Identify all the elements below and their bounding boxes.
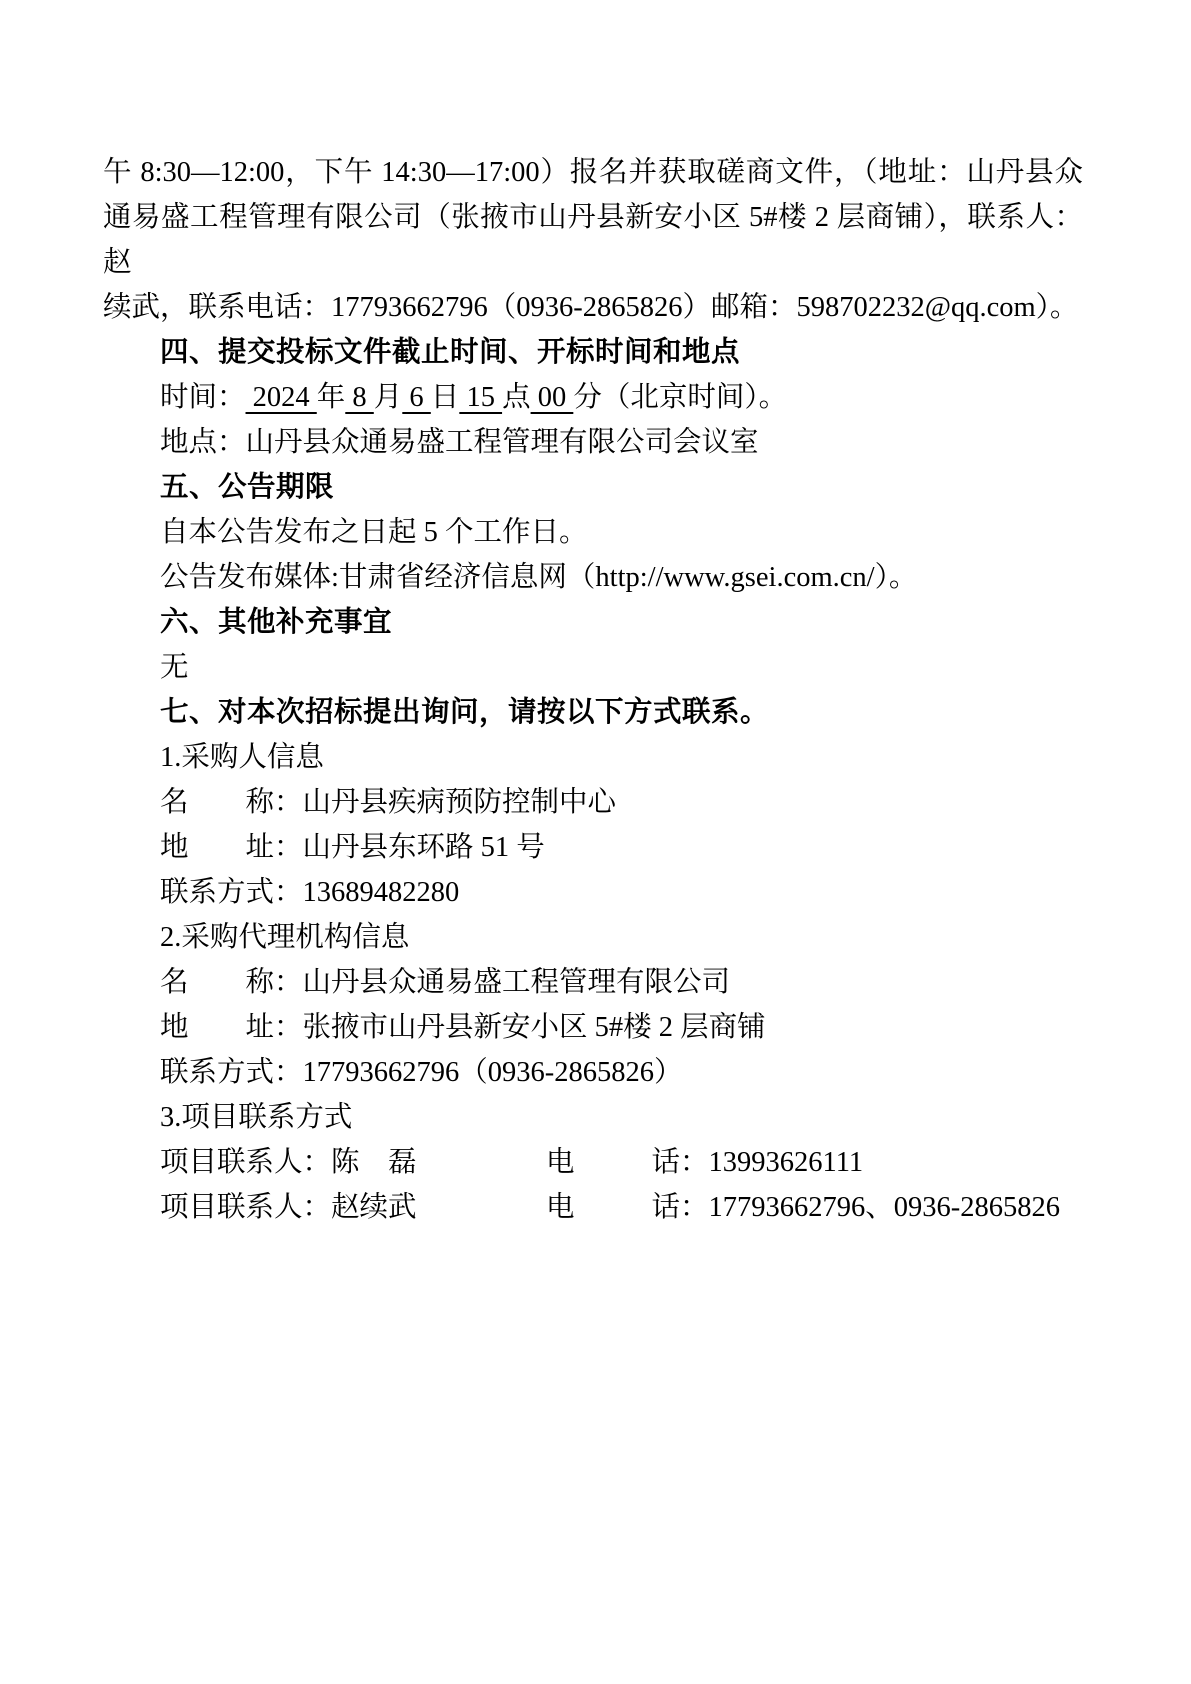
project-contact-2-phone-char2: 话： bbox=[652, 1192, 709, 1223]
project-contact-1-phone-char1: 电 bbox=[546, 1147, 575, 1178]
document-page: 午 8:30—12:00，下午 14:30—17:00）报名并获取磋商文件，（地… bbox=[0, 0, 1191, 1684]
project-contact-2-phone-value: 17793662796、0936-2865826 bbox=[709, 1192, 1061, 1223]
project-contact-title: 3.项目联系方式 bbox=[103, 1095, 1083, 1140]
bid-location-line: 地点：山丹县众通易盛工程管理有限公司会议室 bbox=[103, 420, 1083, 465]
minute-value: 00 bbox=[531, 382, 574, 413]
time-label: 时间： bbox=[160, 382, 246, 413]
purchaser-name-value: 山丹县疾病预防控制中心 bbox=[303, 787, 617, 818]
bid-deadline-time-line: 时间： 2024 年 8 月 6 日 15 点 00 分（北京时间）。 bbox=[103, 375, 1083, 420]
purchaser-name-label: 名 称： bbox=[160, 787, 303, 818]
purchaser-address-label: 地 址： bbox=[160, 832, 303, 863]
agency-contact-line: 联系方式：17793662796（0936-2865826） bbox=[103, 1050, 1083, 1095]
project-contact-row-1: 项目联系人：陈 磊电话：13993626111 bbox=[103, 1140, 1083, 1185]
purchaser-contact-value: 13689482280 bbox=[303, 877, 460, 908]
project-contact-2-left: 项目联系人：赵续武 bbox=[160, 1185, 546, 1230]
project-contact-2-phone-char1: 电 bbox=[546, 1192, 575, 1223]
minute-unit: 分 bbox=[573, 382, 602, 413]
project-contact-1-phone-value: 13993626111 bbox=[709, 1147, 864, 1178]
continuation-paragraph: 午 8:30—12:00，下午 14:30—17:00）报名并获取磋商文件，（地… bbox=[103, 150, 1083, 330]
month-value: 8 bbox=[345, 382, 374, 413]
section6-heading: 六、其他补充事宜 bbox=[103, 600, 1083, 645]
day-unit: 日 bbox=[431, 382, 460, 413]
hour-unit: 点 bbox=[502, 382, 531, 413]
year-value: 2024 bbox=[246, 382, 317, 413]
section6-content: 无 bbox=[103, 645, 1083, 690]
agency-contact-label: 联系方式： bbox=[160, 1057, 303, 1088]
year-unit: 年 bbox=[317, 382, 346, 413]
project-contact-1-name: 陈 磊 bbox=[331, 1147, 417, 1178]
month-unit: 月 bbox=[374, 382, 403, 413]
purchaser-address-line: 地 址：山丹县东环路 51 号 bbox=[103, 825, 1083, 870]
announcement-period-line: 自本公告发布之日起 5 个工作日。 bbox=[103, 510, 1083, 555]
day-value: 6 bbox=[402, 382, 431, 413]
purchaser-contact-line: 联系方式：13689482280 bbox=[103, 870, 1083, 915]
agency-name-value: 山丹县众通易盛工程管理有限公司 bbox=[303, 967, 731, 998]
agency-address-line: 地 址：张掖市山丹县新安小区 5#楼 2 层商铺 bbox=[103, 1005, 1083, 1050]
project-contact-1-label: 项目联系人： bbox=[160, 1147, 331, 1178]
paragraph-line: 午 8:30—12:00，下午 14:30—17:00）报名并获取磋商文件，（地… bbox=[103, 150, 1083, 195]
purchaser-contact-label: 联系方式： bbox=[160, 877, 303, 908]
paragraph-line: 续武，联系电话：17793662796（0936-2865826）邮箱：5987… bbox=[103, 285, 1083, 330]
project-contact-2-label: 项目联系人： bbox=[160, 1192, 331, 1223]
project-contact-row-2: 项目联系人：赵续武电话：17793662796、0936-2865826 bbox=[103, 1185, 1083, 1230]
purchaser-name-line: 名 称：山丹县疾病预防控制中心 bbox=[103, 780, 1083, 825]
section7-heading: 七、对本次招标提出询问，请按以下方式联系。 bbox=[103, 690, 1083, 735]
announcement-media-line: 公告发布媒体:甘肃省经济信息网（http://www.gsei.com.cn/）… bbox=[103, 555, 1083, 600]
paragraph-line: 通易盛工程管理有限公司（张掖市山丹县新安小区 5#楼 2 层商铺），联系人：赵 bbox=[103, 195, 1083, 285]
agency-contact-value: 17793662796（0936-2865826） bbox=[303, 1057, 683, 1088]
time-suffix: （北京时间）。 bbox=[602, 382, 787, 413]
purchaser-address-value: 山丹县东环路 51 号 bbox=[303, 832, 545, 863]
project-contact-2-name: 赵续武 bbox=[331, 1192, 417, 1223]
agency-info-title: 2.采购代理机构信息 bbox=[103, 915, 1083, 960]
section4-heading: 四、提交投标文件截止时间、开标时间和地点 bbox=[103, 330, 1083, 375]
agency-name-line: 名 称：山丹县众通易盛工程管理有限公司 bbox=[103, 960, 1083, 1005]
agency-name-label: 名 称： bbox=[160, 967, 303, 998]
purchaser-info-title: 1.采购人信息 bbox=[103, 735, 1083, 780]
project-contact-1-phone-char2: 话： bbox=[652, 1147, 709, 1178]
section5-heading: 五、公告期限 bbox=[103, 465, 1083, 510]
agency-address-value: 张掖市山丹县新安小区 5#楼 2 层商铺 bbox=[303, 1012, 766, 1043]
project-contact-1-left: 项目联系人：陈 磊 bbox=[160, 1140, 546, 1185]
agency-address-label: 地 址： bbox=[160, 1012, 303, 1043]
hour-value: 15 bbox=[459, 382, 502, 413]
